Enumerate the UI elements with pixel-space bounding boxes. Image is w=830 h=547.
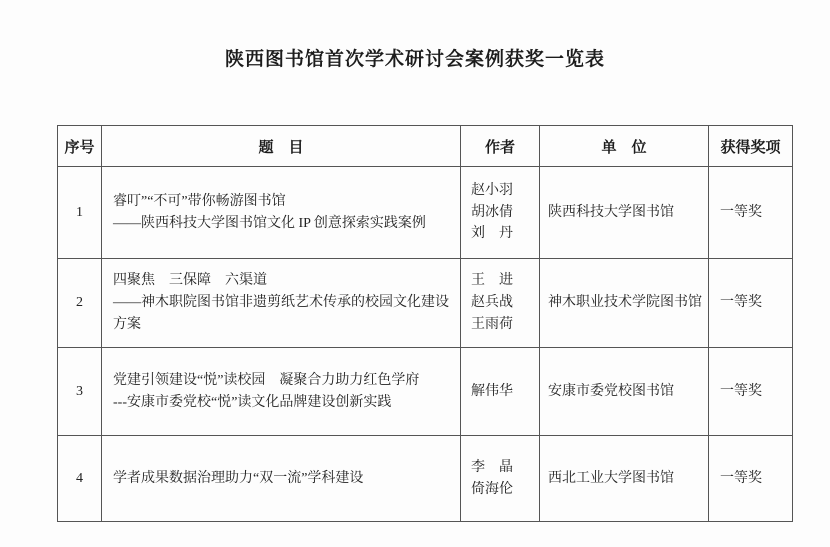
- col-header-title: 题 目: [102, 126, 461, 167]
- col-header-unit: 单 位: [540, 126, 709, 167]
- case-authors: 李 晶 倚海伦: [461, 436, 540, 522]
- table-row: 1 睿叮”“不可”带你畅游图书馆 ——陕西科技大学图书馆文化 IP 创意探索实践…: [58, 167, 793, 259]
- case-award: 一等奖: [709, 348, 793, 436]
- col-header-award: 获得奖项: [709, 126, 793, 167]
- page-title: 陕西图书馆首次学术研讨会案例获奖一览表: [0, 44, 830, 71]
- case-title: 睿叮”“不可”带你畅游图书馆 ——陕西科技大学图书馆文化 IP 创意探索实践案例: [102, 167, 461, 259]
- document-page: 陕西图书馆首次学术研讨会案例获奖一览表 序号 题 目 作者 单 位 获得奖项 1…: [0, 0, 830, 547]
- row-number: 1: [58, 167, 102, 259]
- case-title: 四聚焦 三保障 六渠道 ——神木职院图书馆非遗剪纸艺术传承的校园文化建设方案: [102, 259, 461, 348]
- case-title: 党建引领建设“悦”读校园 凝聚合力助力红色学府 ---安康市委党校“悦”读文化品…: [102, 348, 461, 436]
- table-row: 3 党建引领建设“悦”读校园 凝聚合力助力红色学府 ---安康市委党校“悦”读文…: [58, 348, 793, 436]
- case-award: 一等奖: [709, 259, 793, 348]
- case-title: 学者成果数据治理助力“双一流”学科建设: [102, 436, 461, 522]
- table-row: 4 学者成果数据治理助力“双一流”学科建设 李 晶 倚海伦 西北工业大学图书馆 …: [58, 436, 793, 522]
- case-unit: 神木职业技术学院图书馆: [540, 259, 709, 348]
- case-unit: 西北工业大学图书馆: [540, 436, 709, 522]
- case-unit: 安康市委党校图书馆: [540, 348, 709, 436]
- col-header-authors: 作者: [461, 126, 540, 167]
- case-award: 一等奖: [709, 436, 793, 522]
- awards-table: 序号 题 目 作者 单 位 获得奖项 1 睿叮”“不可”带你畅游图书馆 ——陕西…: [57, 125, 793, 522]
- row-number: 4: [58, 436, 102, 522]
- case-authors: 王 进 赵兵战 王雨荷: [461, 259, 540, 348]
- case-authors: 解伟华: [461, 348, 540, 436]
- header-row: 序号 题 目 作者 单 位 获得奖项: [58, 126, 793, 167]
- row-number: 3: [58, 348, 102, 436]
- row-number: 2: [58, 259, 102, 348]
- case-unit: 陕西科技大学图书馆: [540, 167, 709, 259]
- table-row: 2 四聚焦 三保障 六渠道 ——神木职院图书馆非遗剪纸艺术传承的校园文化建设方案…: [58, 259, 793, 348]
- case-award: 一等奖: [709, 167, 793, 259]
- col-header-no: 序号: [58, 126, 102, 167]
- case-authors: 赵小羽 胡冰倩 刘 丹: [461, 167, 540, 259]
